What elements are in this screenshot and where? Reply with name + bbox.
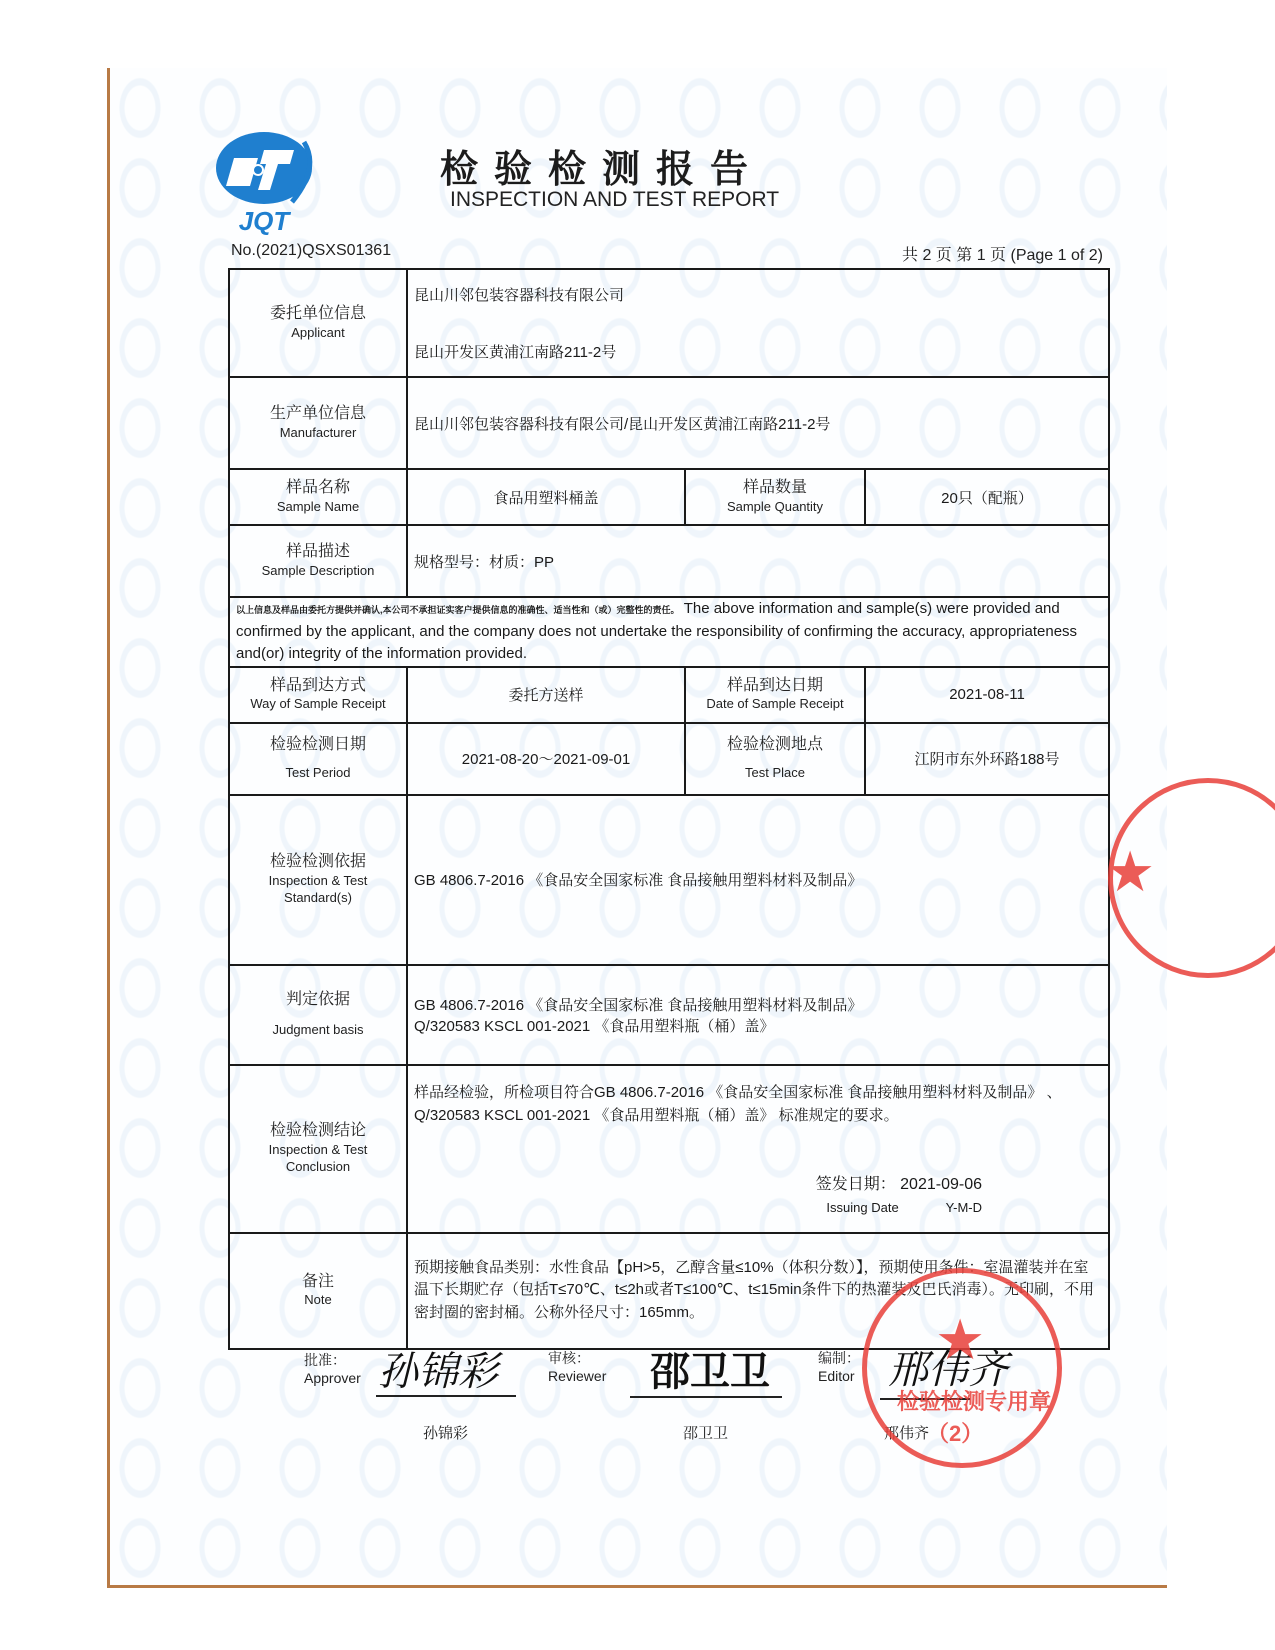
manufacturer-label-en: Manufacturer bbox=[236, 425, 400, 442]
stamp-number: （2） bbox=[927, 1417, 983, 1448]
note-label-cn: 备注 bbox=[236, 1272, 400, 1293]
issuing-date-label-cn: 签发日期： bbox=[816, 1176, 896, 1193]
applicant-label-en: Applicant bbox=[236, 325, 400, 342]
inspection-seal-stamp: ★ 检验检测专用章 （2） bbox=[862, 1268, 1062, 1468]
standards-label-en-1: Inspection & Test bbox=[236, 873, 400, 890]
standards-label-en-2: Standard(s) bbox=[236, 890, 400, 907]
receipt-date-value: 2021-08-11 bbox=[865, 667, 1109, 723]
report-title-en: INSPECTION AND TEST REPORT bbox=[450, 188, 779, 212]
test-period-row: 检验检测日期 Test Period 2021-08-20～2021-09-01… bbox=[229, 723, 1109, 795]
test-place-label-cn: 检验检测地点 bbox=[692, 735, 858, 756]
conclusion-label-en-1: Inspection & Test bbox=[236, 1142, 400, 1159]
sample-description-label-en: Sample Description bbox=[236, 563, 400, 580]
receipt-date-label-en: Date of Sample Receipt bbox=[692, 696, 858, 713]
manufacturer-row: 生产单位信息 Manufacturer 昆山川邻包装容器科技有限公司/昆山开发区… bbox=[229, 377, 1109, 469]
note-label-en: Note bbox=[236, 1292, 400, 1309]
judgment-label-en: Judgment basis bbox=[236, 1022, 400, 1039]
reviewer-signature-line bbox=[630, 1396, 782, 1398]
sample-name-label-en: Sample Name bbox=[236, 499, 400, 516]
approver-signature-line bbox=[376, 1395, 516, 1397]
issuing-date-label-en: Issuing Date bbox=[826, 1200, 898, 1215]
sample-description-label-cn: 样品描述 bbox=[236, 542, 400, 563]
reviewer-label: 审核： Reviewer bbox=[548, 1350, 606, 1385]
approver-signature: 孙锦彩 bbox=[378, 1340, 498, 1397]
date-format: Y-M-D bbox=[946, 1200, 982, 1215]
conclusion-label-en-2: Conclusion bbox=[236, 1159, 400, 1176]
judgment-row: 判定依据 Judgment basis GB 4806.7-2016 《食品安全… bbox=[229, 965, 1109, 1065]
reviewer-signature: 邵卫卫 bbox=[650, 1340, 770, 1397]
sample-quantity-label-cn: 样品数量 bbox=[692, 478, 858, 499]
applicant-row: 委托单位信息 Applicant 昆山川邻包装容器科技有限公司 昆山开发区黄浦江… bbox=[229, 269, 1109, 377]
star-icon: ★ bbox=[935, 1307, 985, 1373]
test-period-label-cn: 检验检测日期 bbox=[236, 735, 400, 756]
receipt-row: 样品到达方式 Way of Sample Receipt 委托方送样 样品到达日… bbox=[229, 667, 1109, 723]
stamp-text: 检验检测专用章 bbox=[897, 1385, 1051, 1416]
report-table: 委托单位信息 Applicant 昆山川邻包装容器科技有限公司 昆山开发区黄浦江… bbox=[228, 268, 1110, 1350]
sample-name-row: 样品名称 Sample Name 食品用塑料桶盖 样品数量 Sample Qua… bbox=[229, 469, 1109, 525]
approver-label: 批准： Approver bbox=[304, 1352, 361, 1387]
manufacturer-value: 昆山川邻包装容器科技有限公司/昆山开发区黄浦江南路211-2号 bbox=[407, 377, 1109, 469]
receipt-date-label-cn: 样品到达日期 bbox=[692, 676, 858, 697]
conclusion-row: 检验检测结论 Inspection & Test Conclusion 样品经检… bbox=[229, 1065, 1109, 1233]
sample-name-label-cn: 样品名称 bbox=[236, 478, 400, 499]
test-place-label-en: Test Place bbox=[692, 765, 858, 782]
applicant-address: 昆山开发区黄浦江南路211-2号 bbox=[414, 341, 1102, 362]
conclusion-value: 样品经检验，所检项目符合GB 4806.7-2016 《食品安全国家标准 食品接… bbox=[414, 1082, 1102, 1127]
applicant-name: 昆山川邻包装容器科技有限公司 bbox=[414, 284, 1102, 305]
report-number: No.(2021)QSXS01361 bbox=[231, 242, 391, 260]
standards-value: GB 4806.7-2016 《食品安全国家标准 食品接触用塑料材料及制品》 bbox=[407, 795, 1109, 965]
receipt-way-value: 委托方送样 bbox=[407, 667, 685, 723]
sample-description-value: 规格型号：材质：PP bbox=[407, 525, 1109, 597]
judgment-line-2: Q/320583 KSCL 001-2021 《食品用塑料瓶（桶）盖》 bbox=[414, 1015, 1102, 1036]
conclusion-label-cn: 检验检测结论 bbox=[236, 1121, 400, 1142]
star-icon: ★ bbox=[1105, 839, 1155, 905]
notice-row: 以上信息及样品由委托方提供并确认,本公司不承担证实客户提供信息的准确性、适当性和… bbox=[229, 597, 1109, 667]
page-indicator: 共 2 页 第 1 页 (Page 1 of 2) bbox=[902, 242, 1103, 265]
test-period-label-en: Test Period bbox=[236, 765, 400, 782]
receipt-way-label-en: Way of Sample Receipt bbox=[236, 696, 400, 713]
issuing-date-block: 签发日期： 2021-09-06 Issuing Date Y-M-D bbox=[414, 1171, 1102, 1215]
sample-quantity-value: 20只（配瓶） bbox=[865, 469, 1109, 525]
manufacturer-label-cn: 生产单位信息 bbox=[236, 404, 400, 425]
svg-text:JQT: JQT bbox=[239, 206, 292, 236]
judgment-line-1: GB 4806.7-2016 《食品安全国家标准 食品接触用塑料材料及制品》 bbox=[414, 994, 1102, 1015]
sample-name-value: 食品用塑料桶盖 bbox=[407, 469, 685, 525]
receipt-way-label-cn: 样品到达方式 bbox=[236, 676, 400, 697]
jqt-logo-icon: JQT bbox=[208, 124, 320, 236]
applicant-label-cn: 委托单位信息 bbox=[236, 304, 400, 325]
issuing-date-value: 2021-09-06 bbox=[900, 1176, 982, 1193]
test-place-value: 江阴市东外环路188号 bbox=[865, 723, 1109, 795]
standards-label-cn: 检验检测依据 bbox=[236, 852, 400, 873]
standards-row: 检验检测依据 Inspection & Test Standard(s) GB … bbox=[229, 795, 1109, 965]
sample-description-row: 样品描述 Sample Description 规格型号：材质：PP bbox=[229, 525, 1109, 597]
report-title-cn: 检验检测报告 bbox=[440, 138, 764, 193]
judgment-label-cn: 判定依据 bbox=[236, 990, 400, 1011]
editor-label: 编制： Editor bbox=[818, 1350, 860, 1385]
reviewer-name: 邵卫卫 bbox=[683, 1422, 728, 1443]
sample-quantity-label-en: Sample Quantity bbox=[692, 499, 858, 516]
test-period-value: 2021-08-20～2021-09-01 bbox=[407, 723, 685, 795]
approver-name: 孙锦彩 bbox=[423, 1422, 468, 1443]
notice-cn: 以上信息及样品由委托方提供并确认,本公司不承担证实客户提供信息的准确性、适当性和… bbox=[236, 605, 680, 615]
